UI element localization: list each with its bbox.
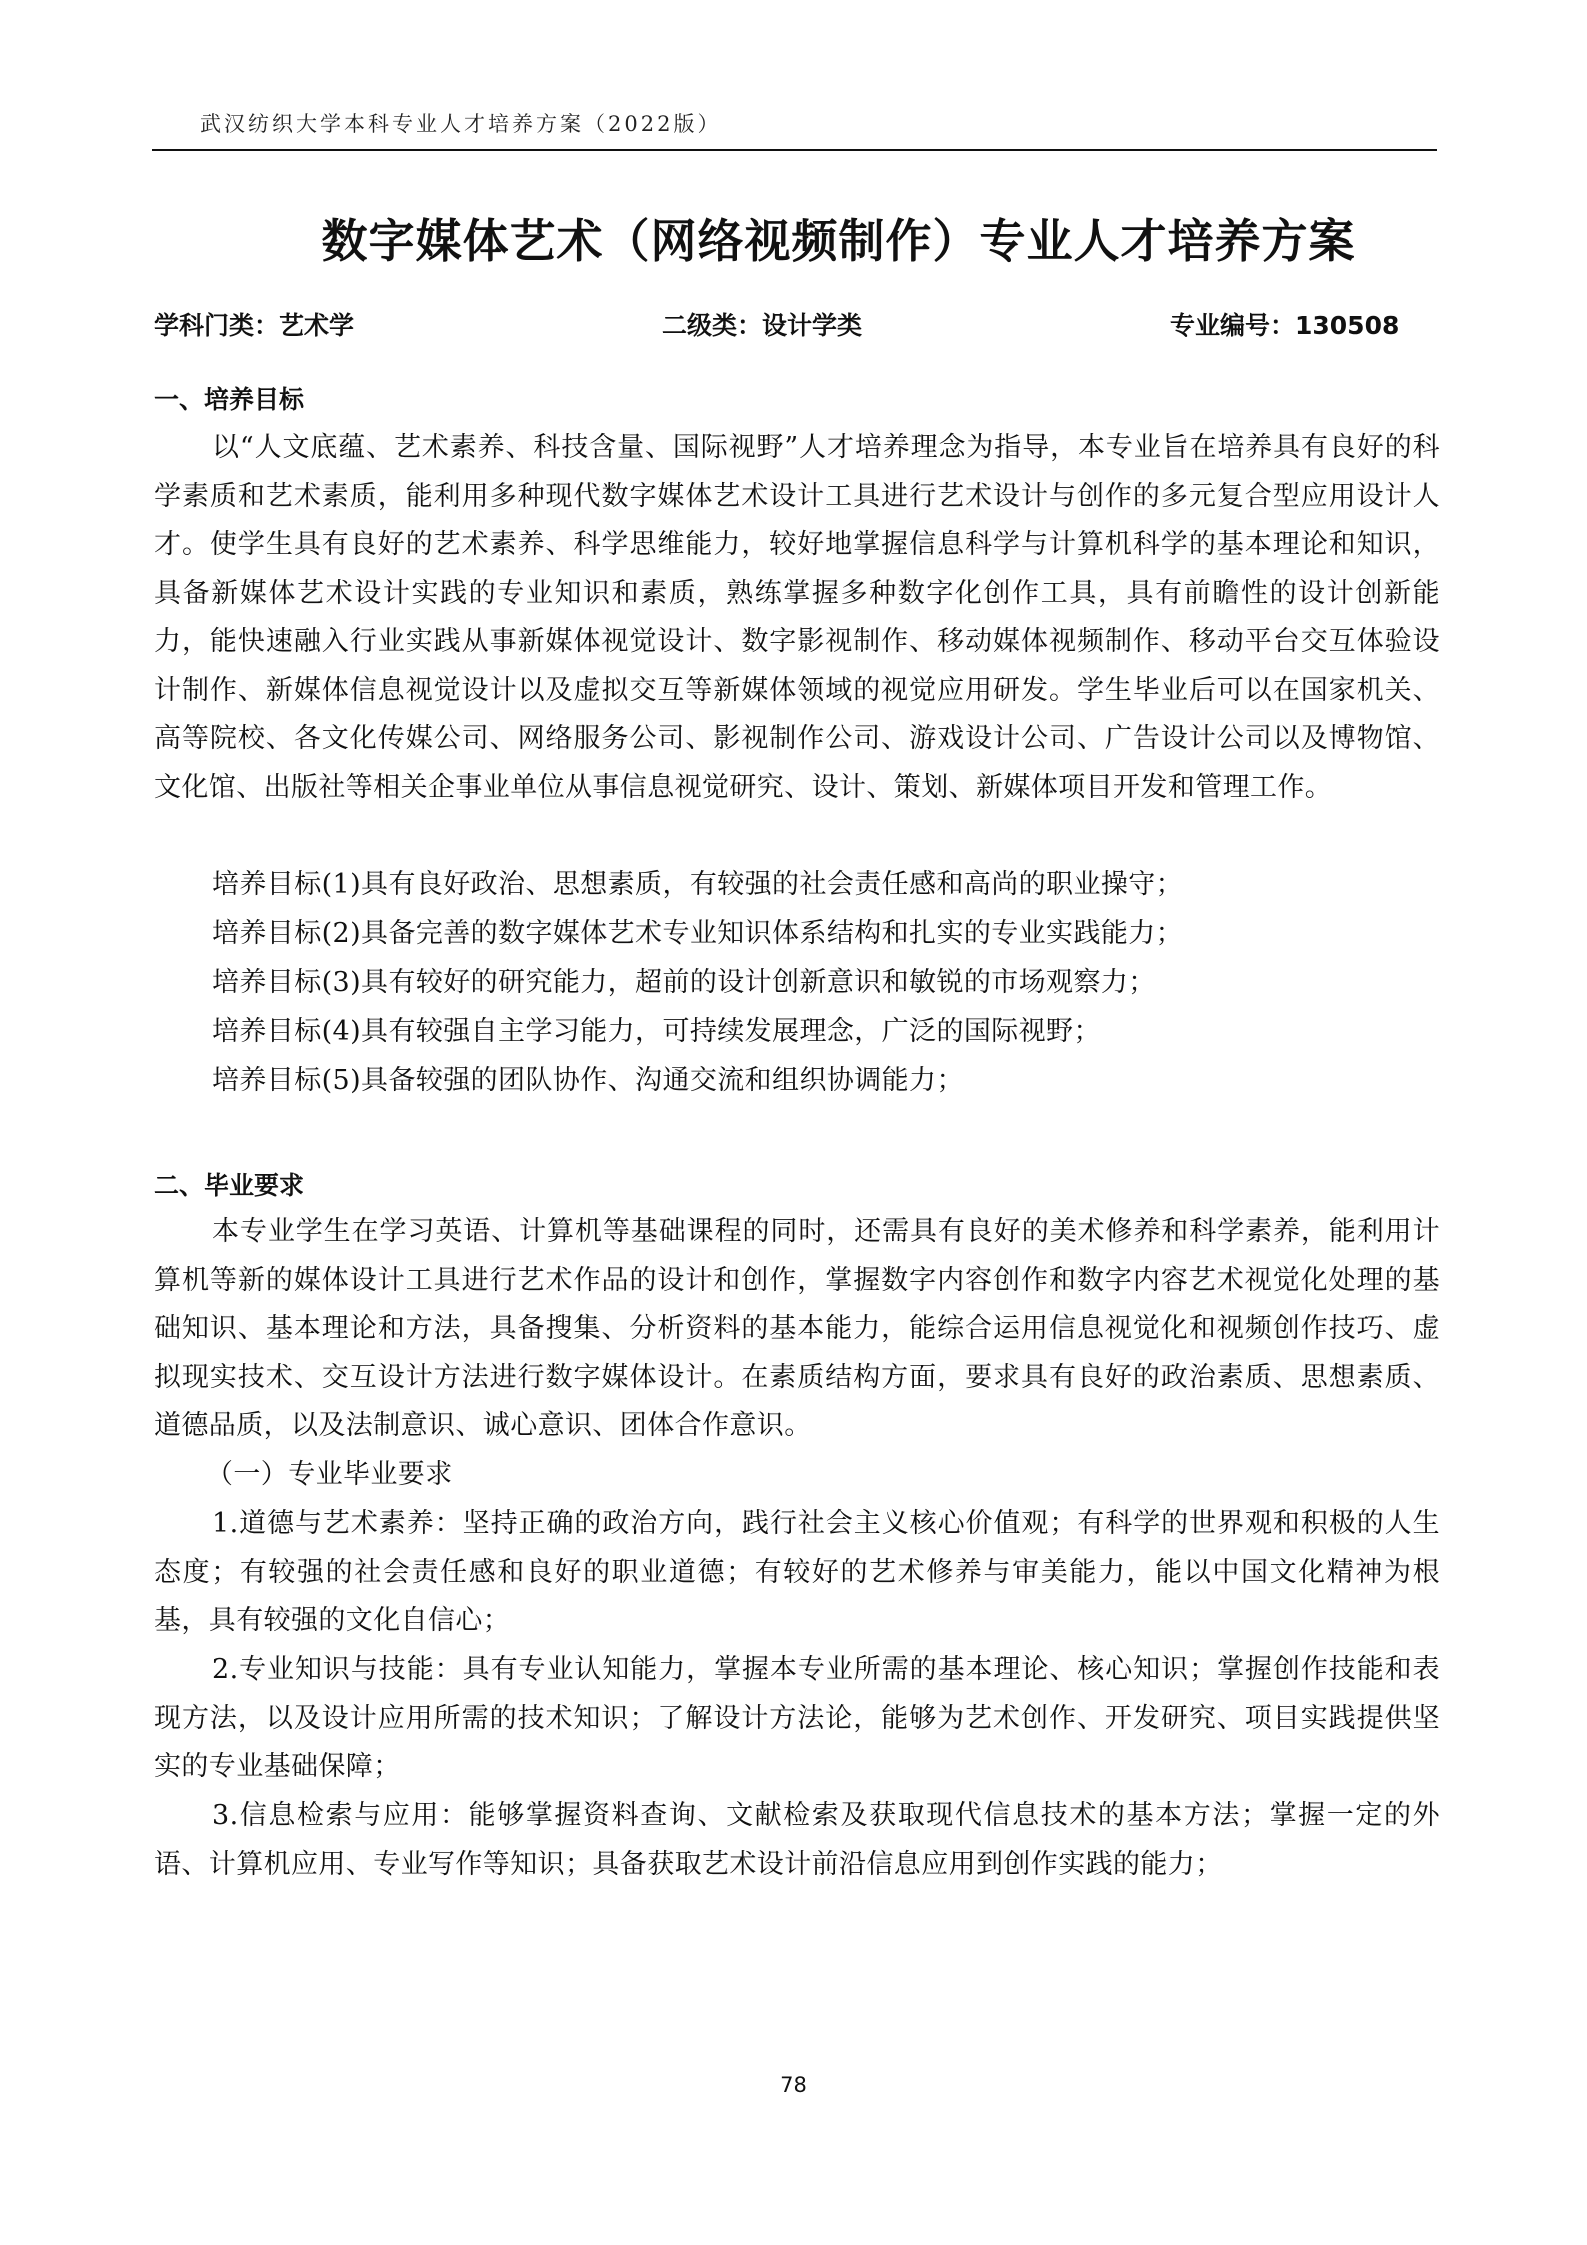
meta-row: 学科门类：艺术学 二级类：设计学类 专业编号：130508 <box>154 306 1404 346</box>
section-heading-goals: 一、培养目标 <box>154 380 304 416</box>
goals-intro-paragraph: 以“人文底蕴、艺术素养、科技含量、国际视野”人才培养理念为指导，本专业旨在培养具… <box>154 424 1440 812</box>
requirement-item-2: 2.专业知识与技能：具有专业认知能力，掌握本专业所需的基本理论、核心知识；掌握创… <box>154 1646 1440 1792</box>
section-heading-requirements: 二、毕业要求 <box>154 1166 304 1202</box>
requirements-subheading: （一）专业毕业要求 <box>206 1452 453 1491</box>
running-header: 武汉纺织大学本科专业人才培养方案（2022版） <box>200 108 721 138</box>
discipline-label: 学科门类：艺术学 <box>154 306 354 342</box>
page-number: 78 <box>0 2073 1587 2097</box>
goal-item-2: 培养目标(2)具备完善的数字媒体艺术专业知识体系结构和扎实的专业实践能力； <box>212 911 1183 950</box>
requirements-intro-paragraph: 本专业学生在学习英语、计算机等基础课程的同时，还需具有良好的美术修养和科学素养，… <box>154 1208 1440 1451</box>
goal-item-5: 培养目标(5)具备较强的团队协作、沟通交流和组织协调能力； <box>212 1058 964 1097</box>
goal-item-3: 培养目标(3)具有较好的研究能力，超前的设计创新意识和敏锐的市场观察力； <box>212 960 1156 999</box>
requirement-item-1: 1.道德与艺术素养：坚持正确的政治方向，践行社会主义核心价值观；有科学的世界观和… <box>154 1500 1440 1646</box>
major-code-label: 专业编号：130508 <box>1170 306 1399 342</box>
goal-item-1: 培养目标(1)具有良好政治、思想素质，有较强的社会责任感和高尚的职业操守； <box>212 862 1183 901</box>
requirement-item-3: 3.信息检索与应用：能够掌握资料查询、文献检索及获取现代信息技术的基本方法；掌握… <box>154 1792 1440 1889</box>
document-title: 数字媒体艺术（网络视频制作）专业人才培养方案 <box>0 205 1587 271</box>
goal-item-4: 培养目标(4)具有较强自主学习能力，可持续发展理念，广泛的国际视野； <box>212 1009 1101 1048</box>
subcategory-label: 二级类：设计学类 <box>662 306 862 342</box>
header-rule <box>152 149 1437 151</box>
